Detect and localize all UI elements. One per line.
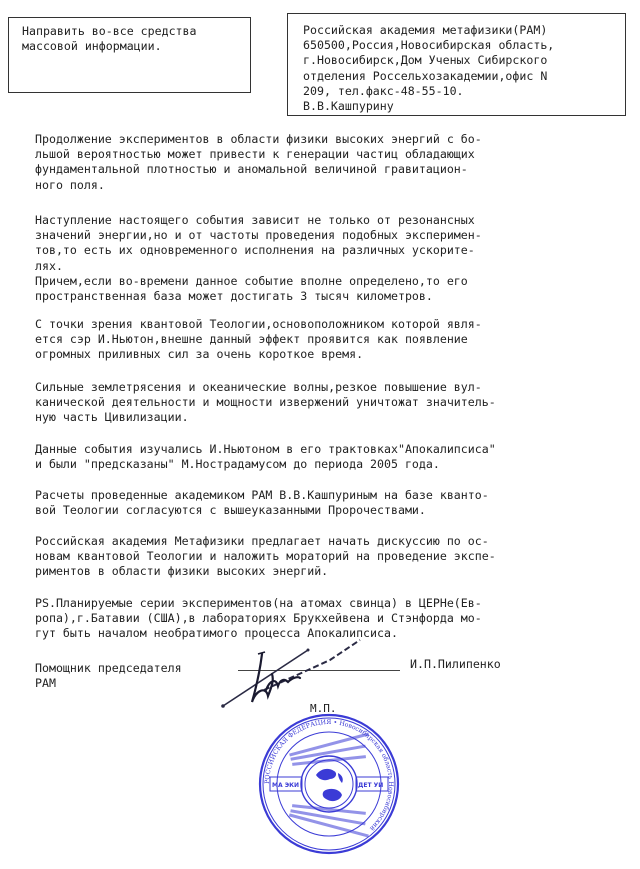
text-line: PS.Планируемые серии экспериментов(на ат… — [35, 596, 482, 610]
text-line: льшой вероятностью может привести к гене… — [35, 147, 475, 161]
addressee-line: Российская академия метафизики(РАМ) — [303, 23, 547, 37]
official-stamp: РОССИЙСКАЯ ФЕДЕРАЦИЯ • Новосибирская обл… — [258, 713, 400, 855]
paragraph-7: Российская академия Метафизики предлагае… — [35, 534, 496, 580]
text-line: ного поля. — [35, 178, 105, 192]
signatory-title-line: РАМ — [35, 676, 56, 690]
text-line: Продолжение экспериментов в области физи… — [35, 132, 482, 146]
addressee-line: 650500,Россия,Новосибирская область, — [303, 38, 554, 52]
text-line: Наступление настоящего события зависит н… — [35, 213, 475, 227]
text-line: Причем,если во-времени данное событие вп… — [35, 274, 468, 288]
signatory-title: Помощник председателя РАМ — [35, 661, 182, 691]
text-line: фундаментальной плотностью и аномальной … — [35, 162, 468, 176]
addressee-box: Российская академия метафизики(РАМ) 6505… — [287, 13, 626, 116]
text-line: вой Теологии согласуются с вышеуказанным… — [35, 503, 426, 517]
addressee-line: отделения Россельхозакадемии,офис N — [303, 69, 547, 83]
text-line: ропа),г.Батавии (США),в лабораториях Бру… — [35, 611, 482, 625]
stamp-right-text: ДЕТ УИ — [358, 782, 383, 789]
text-line: Данные события изучались И.Ньютоном в ег… — [35, 442, 496, 456]
text-line: значений энергии,но и от частоты проведе… — [35, 228, 482, 242]
paragraph-3: С точки зрения квантовой Теологии,осново… — [35, 317, 482, 363]
handwritten-signature — [220, 630, 380, 710]
text-line: Сильные землетрясения и океанические вол… — [35, 380, 482, 394]
paragraph-6: Расчеты проведенные академиком РАМ В.В.К… — [35, 488, 489, 518]
text-line: ную часть Цивилизации. — [35, 410, 189, 424]
recipient-note-line: массовой информации. — [22, 39, 162, 53]
paragraph-1: Продолжение экспериментов в области физи… — [35, 132, 482, 193]
addressee-line: г.Новосибирск,Дом Ученых Сибирского — [303, 53, 547, 67]
text-line: тов,то есть их одновременного исполнения… — [35, 243, 475, 257]
text-line: лях. — [35, 259, 63, 273]
signatory-name: И.П.Пилипенко — [410, 657, 501, 672]
paragraph-5: Данные события изучались И.Ньютоном в ег… — [35, 442, 496, 472]
text-line: и были "предсказаны" М.Нострадамусом до … — [35, 457, 440, 471]
paragraph-4: Сильные землетрясения и океанические вол… — [35, 380, 496, 426]
paragraph-2: Наступление настоящего события зависит н… — [35, 213, 482, 304]
text-line: ется сэр И.Ньютон,внешне данный эффект п… — [35, 332, 468, 346]
text-line: Расчеты проведенные академиком РАМ В.В.К… — [35, 488, 489, 502]
addressee-line: 209, тел.факс-48-55-10. — [303, 84, 464, 98]
stamp-left-text: МА ЭКИ — [272, 782, 299, 789]
text-line: огромных приливных сил за очень короткое… — [35, 347, 363, 361]
globe-icon — [316, 769, 343, 801]
signatory-title-line: Помощник председателя — [35, 661, 182, 675]
text-line: риментов в области физики высоких энерги… — [35, 564, 328, 578]
text-line: новам квантовой Теологии и наложить мора… — [35, 549, 496, 563]
text-line: С точки зрения квантовой Теологии,осново… — [35, 317, 482, 331]
addressee-line: В.В.Кашпурину — [303, 99, 394, 113]
recipient-note-line: Направить во-все средства — [22, 24, 197, 38]
text-line: Российская академия Метафизики предлагае… — [35, 534, 489, 548]
text-line: пространственная база может достигать 3 … — [35, 289, 433, 303]
recipient-note-box: Направить во-все средства массовой инфор… — [8, 17, 251, 93]
text-line: канической деятельности и мощности извер… — [35, 395, 496, 409]
